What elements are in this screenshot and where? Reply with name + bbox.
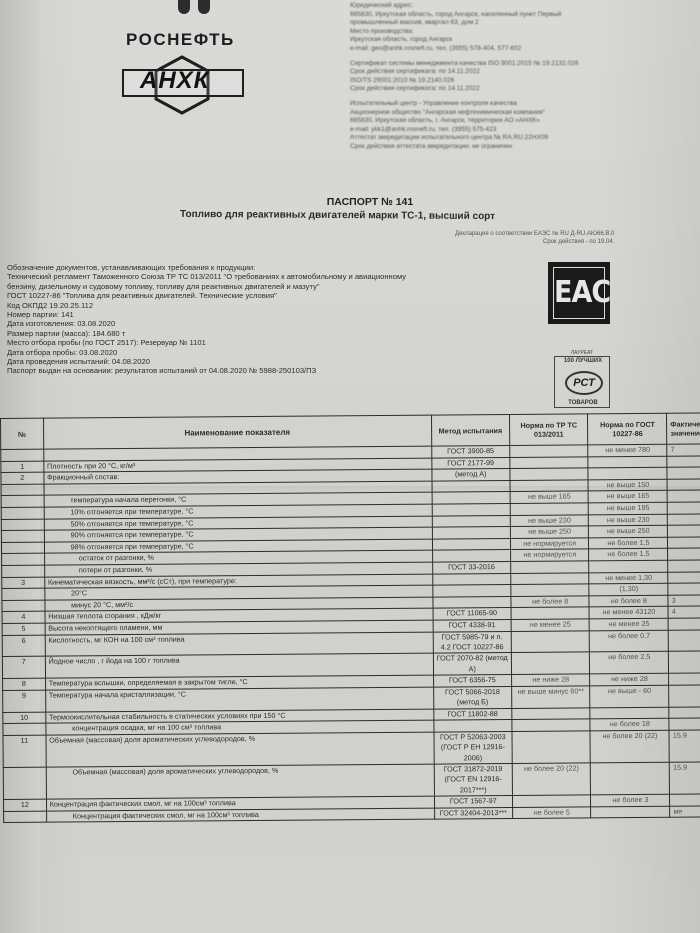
cell-norm-tr [510, 456, 589, 468]
cell-norm-gost: не более 1,5 [589, 549, 668, 561]
certificate-block: Сертификат системы менеджмента качества … [350, 60, 578, 94]
cell-norm-gost: не менее 780 [588, 444, 667, 456]
cell-norm-gost: не более 3 [591, 794, 670, 806]
cell-norm-gost: не более 18 [590, 718, 669, 730]
cell-norm-gost: не выше 230 [589, 514, 668, 526]
cell-norm-gost: не менее 1,30 [589, 572, 668, 584]
cell-actual [669, 673, 700, 685]
eac-mark-icon: EAC [548, 262, 610, 324]
document-subtitle: Топливо для реактивных двигателей марки … [180, 209, 495, 222]
cell-norm-tr: не более 5 [512, 807, 591, 819]
cell-norm-gost [591, 806, 670, 818]
cell-no [3, 723, 46, 735]
cell-norm-gost: не выше 195 [589, 502, 668, 514]
cell-actual: 4 [668, 606, 700, 618]
cell-no [2, 588, 45, 600]
cell-norm-tr: не нормируется [510, 549, 589, 561]
cell-norm-gost: не выше - 60 [590, 685, 669, 707]
cell-actual: 3 [668, 595, 700, 607]
cell-norm-gost: не выше 165 [589, 491, 668, 503]
cell-method: ГОСТ 32404-2013*** [434, 807, 512, 819]
info-line: ГОСТ 10227-86 "Топлива для реактивных дв… [7, 291, 537, 300]
cell-actual [669, 651, 700, 673]
header-no: № [1, 418, 44, 449]
cell-method [432, 515, 510, 527]
cell-method: ГОСТ 1567-97 [434, 796, 512, 808]
cell-method [432, 573, 510, 585]
cell-actual [667, 502, 700, 514]
cell-no: 8 [3, 678, 46, 690]
header-name: Наименование показателя [43, 415, 431, 449]
test-results-table: № Наименование показателя Метод испытани… [0, 412, 700, 823]
cell-no [1, 542, 44, 554]
rosneft-logo: РОСНЕФТЬ [126, 30, 235, 50]
cell-norm-gost: не более 8 [589, 595, 668, 607]
cell-actual: ме [670, 806, 700, 818]
cell-actual [668, 525, 700, 537]
info-line: Место отбора пробы (по ГОСТ 2517): Резер… [7, 338, 537, 347]
cell-norm-tr: не выше 230 [510, 514, 589, 526]
cell-actual [668, 548, 700, 560]
cell-no: 4 [2, 611, 45, 623]
cell-method [432, 550, 510, 562]
cell-no: 6 [2, 635, 45, 657]
cell-method [432, 503, 510, 515]
cell-no: 12 [3, 799, 46, 811]
cell-actual [669, 685, 700, 707]
cell-norm-gost: не более 20 (22) [590, 730, 669, 763]
cell-norm-gost: не ниже 28 [590, 673, 669, 685]
table-body: ГОСТ 3900-85не менее 78071Плотность при … [1, 444, 700, 823]
cell-method: ГОСТ 11802-88 [433, 708, 511, 720]
cell-norm-tr [511, 630, 590, 652]
passport-page: РОСНЕФТЬ АНХК Юридический адрес: 665830,… [0, 0, 700, 933]
cell-name: Температура начала кристаллизации, °С [45, 687, 433, 712]
cell-norm-tr: не нормируется [510, 538, 589, 550]
cell-name: Объемная (массовая) доля ароматических у… [46, 764, 434, 799]
cell-no [1, 484, 44, 496]
anhk-logo-text: АНХК [140, 67, 209, 95]
cell-actual [669, 706, 700, 718]
cell-norm-gost [591, 762, 670, 795]
anhk-logo: АНХК [122, 55, 247, 115]
cell-method: ГОСТ 4338-91 [433, 619, 511, 631]
cell-actual [669, 718, 700, 730]
cell-actual [668, 629, 700, 651]
cell-norm-tr: не более 20 (22) [512, 763, 591, 796]
header-actual: Фактическое значение [667, 413, 700, 444]
company-details: Юридический адрес: 665830, Иркутская обл… [350, 2, 578, 152]
cell-no [1, 496, 44, 508]
cell-method [432, 480, 510, 492]
address-block: Юридический адрес: 665830, Иркутская обл… [350, 2, 578, 54]
header-method: Метод испытания [431, 414, 510, 446]
cell-method: ГОСТ 6356-75 [433, 675, 511, 687]
cell-no [2, 600, 45, 612]
cell-norm-gost [588, 456, 667, 468]
cell-norm-tr [511, 584, 590, 596]
cell-norm-tr [511, 561, 590, 573]
cell-norm-tr [512, 707, 591, 719]
cell-method [434, 720, 512, 732]
cell-actual: 15.9 [669, 730, 700, 763]
cell-actual: 15.9 [670, 762, 700, 795]
cell-norm-gost [590, 707, 669, 719]
cell-norm-gost [589, 560, 668, 572]
cell-actual [668, 513, 700, 525]
cell-norm-gost: (1,30) [589, 583, 668, 595]
cell-method [432, 585, 510, 597]
cell-actual [667, 479, 700, 491]
cell-actual [668, 560, 700, 572]
cell-method: ГОСТ 31872-2019 (ГОСТ EN 12916-2017***) [434, 763, 513, 796]
cell-no [3, 767, 46, 800]
cell-norm-tr: не ниже 28 [511, 674, 590, 686]
cell-method: ГОСТ 2177-99 [431, 457, 509, 469]
cell-norm-tr [512, 719, 591, 731]
cell-norm-tr [511, 572, 590, 584]
cell-name: Концентрация фактических смол, мг на 100… [46, 808, 434, 823]
cell-no [2, 554, 45, 566]
cell-norm-tr: не выше минус 60** [512, 686, 591, 708]
cell-norm-tr: не менее 25 [511, 619, 590, 631]
cell-norm-gost [588, 467, 667, 479]
header-norm-tr: Норма по ТР ТС 013/2011 [509, 414, 588, 446]
info-line: Дата изготовления: 03.08.2020 [7, 319, 537, 328]
cell-norm-gost: не более 2,5 [590, 652, 669, 674]
cell-no [1, 519, 44, 531]
cell-name: Объемная (массовая) доля ароматических у… [46, 732, 434, 767]
info-line: Технический регламент Таможенного Союза … [7, 272, 537, 281]
cell-norm-tr: не выше 165 [510, 491, 589, 503]
table-row: Объемная (массовая) доля ароматических у… [3, 762, 700, 800]
product-info: Обозначение документов, устанавливающих … [7, 263, 537, 376]
table-row: 11Объемная (массовая) доля ароматических… [3, 730, 700, 768]
cell-norm-gost: не более 1,5 [589, 537, 668, 549]
cell-no: 2 [1, 472, 44, 484]
cell-norm-tr [511, 607, 590, 619]
info-line: Код ОКПД2 19.20.25.112 [7, 301, 537, 310]
cell-norm-gost: не выше 150 [588, 479, 667, 491]
cell-method: ГОСТ 5066-2018 (метод Б) [433, 686, 511, 708]
info-line: Дата проведения испытаний: 04.08.2020 [7, 357, 537, 366]
info-line: Номер партии: 141 [7, 310, 537, 319]
cell-no [4, 811, 47, 823]
cell-actual [668, 571, 700, 583]
cell-norm-tr: не более 8 [511, 596, 590, 608]
cell-method [433, 596, 511, 608]
cell-no [1, 449, 44, 461]
cell-norm-gost: не менее 43120 [589, 607, 668, 619]
document-title: ПАСПОРТ № 141 [0, 196, 700, 208]
cell-method: ГОСТ Р 52063-2003 (ГОСТ Р ЕН 12916-2006) [434, 731, 513, 764]
cell-norm-gost: не менее 25 [590, 618, 669, 630]
cell-method: ГОСТ 2070-82 (метод А) [433, 653, 511, 675]
header-norm-gost: Норма по ГОСТ 10227-86 [588, 413, 667, 445]
cell-norm-gost: не более 0,7 [590, 630, 669, 652]
cell-method [432, 492, 510, 504]
cell-actual [667, 455, 700, 467]
info-line: Дата отбора пробы: 03.08.2020 [7, 348, 537, 357]
cell-no: 3 [2, 577, 45, 589]
cell-actual: 7 [667, 444, 700, 456]
info-line: Обозначение документов, устанавливающих … [7, 263, 537, 272]
cell-actual [668, 537, 700, 549]
cell-norm-tr [510, 480, 589, 492]
cell-no [2, 565, 45, 577]
cell-method: (метод А) [432, 469, 510, 481]
award-badge-icon: ЛАУРЕАТ 100 ЛУЧШИХ РСТ ТОВАРОВ [552, 350, 612, 408]
cell-method [432, 538, 510, 550]
cell-no [1, 530, 44, 542]
cell-method: ГОСТ 5985-79 и п. 4.2 ГОСТ 10227-86 [433, 631, 511, 653]
lab-block: Испытательный центр - Управление контрол… [350, 100, 578, 152]
cell-norm-tr [510, 445, 589, 457]
cell-no: 5 [2, 623, 45, 635]
cell-method: ГОСТ 11065-90 [433, 608, 511, 620]
rosneft-emblem-icon [176, 0, 214, 22]
cell-method [432, 527, 510, 539]
cell-no: 1 [1, 461, 44, 473]
cell-norm-gost: не выше 250 [589, 525, 668, 537]
declaration: Декларация о соответствии ЕАЭС № RU Д-RU… [455, 230, 614, 246]
cell-no: 7 [2, 656, 45, 678]
cell-no: 9 [3, 690, 46, 712]
cell-norm-tr [511, 652, 590, 674]
info-line: Паспорт выдан на основании: результатов … [7, 366, 537, 375]
cell-no: 11 [3, 735, 46, 768]
cell-name: Кислотность, мг КОН на 100 см³ топлива [45, 632, 433, 657]
cell-norm-tr [510, 468, 589, 480]
cell-method: ГОСТ 3900-85 [431, 445, 509, 457]
info-line: Размер партии (масса): 184.680 т [7, 329, 537, 338]
cell-norm-tr [512, 731, 591, 764]
cell-name: Йодное число , г йода на 100 г топлива [45, 653, 433, 678]
cell-norm-tr: не выше 250 [510, 526, 589, 538]
cell-norm-tr [510, 503, 589, 515]
cell-method: ГОСТ 33-2016 [432, 561, 510, 573]
cell-actual [667, 490, 700, 502]
cell-no [1, 507, 44, 519]
cell-actual [668, 618, 700, 630]
cell-no: 10 [3, 712, 46, 724]
cell-actual [670, 794, 700, 806]
cell-norm-tr [512, 795, 591, 807]
cell-actual [667, 467, 700, 479]
cell-actual [668, 583, 700, 595]
info-line: бензину, дизельному и судовому топливу, … [7, 282, 537, 291]
